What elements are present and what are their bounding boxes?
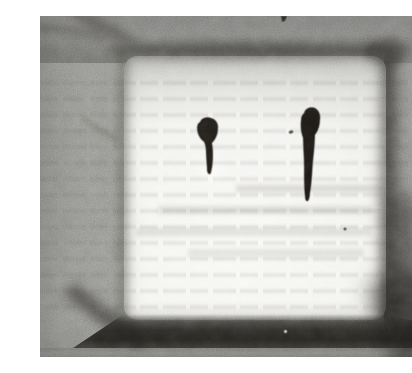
photo-vignette [40,16,412,357]
chamber-photo [40,16,412,357]
